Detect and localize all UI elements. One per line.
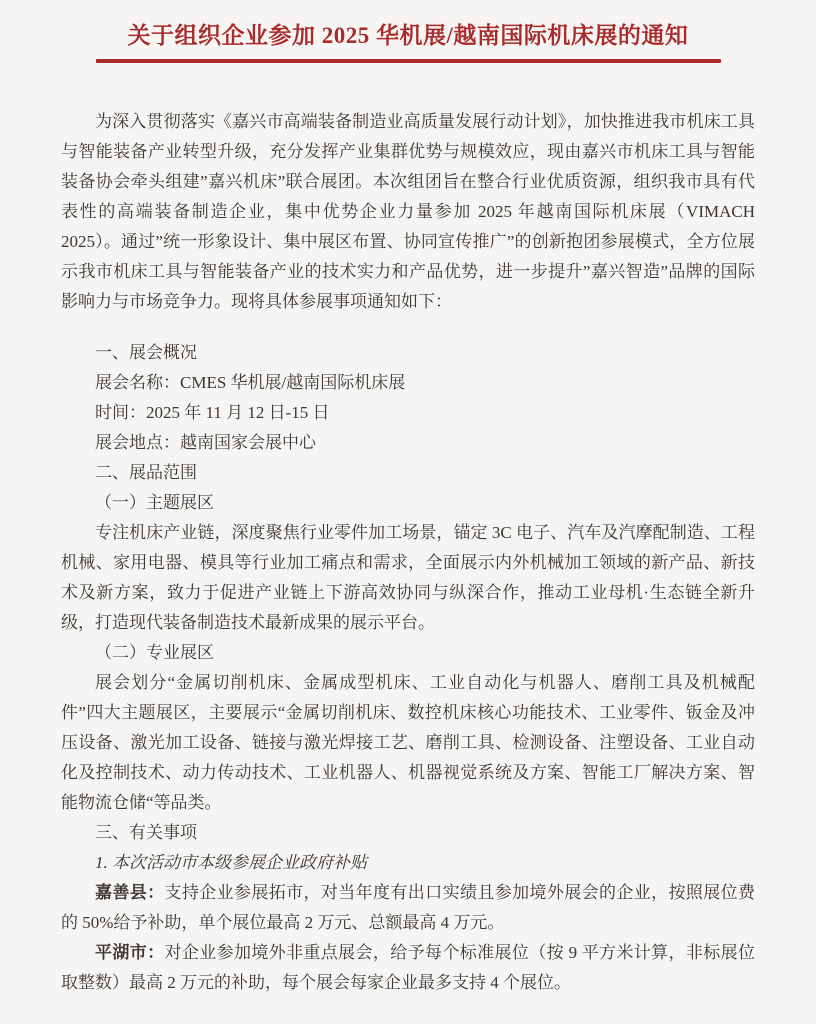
para-intro: 为深入贯彻落实《嘉兴市高端装备制造业高质量发展行动计划》，加快推进我市机床工具与… bbox=[61, 107, 755, 317]
subheading-pro-zone: （二）专业展区 bbox=[61, 638, 755, 668]
para-jiashan: 嘉善县：支持企业参展拓市，对当年度有出口实绩且参加境外展会的企业，按照展位费的 … bbox=[61, 878, 755, 938]
document-page: 关于组织企业参加 2025 华机展/越南国际机床展的通知 为深入贯彻落实《嘉兴市… bbox=[0, 0, 816, 1024]
notice-body: 为深入贯彻落实《嘉兴市高端装备制造业高质量发展行动计划》，加快推进我市机床工具与… bbox=[61, 107, 755, 998]
subheading-subsidy: 1. 本次活动市本级参展企业政府补贴 bbox=[61, 848, 755, 878]
para-pinghu: 平湖市：对企业参加境外非重点展会，给予每个标准展位（按 9 平方米计算，非标展位… bbox=[61, 938, 755, 998]
subheading-theme-zone: （一）主题展区 bbox=[61, 488, 755, 518]
pinghu-label: 平湖市： bbox=[95, 943, 164, 962]
para-pro-zone: 展会划分“金属切削机床、金属成型机床、工业自动化与机器人、磨削工具及机械配件”四… bbox=[61, 668, 755, 818]
notice-title: 关于组织企业参加 2025 华机展/越南国际机床展的通知 bbox=[61, 18, 755, 54]
jiashan-text: 支持企业参展拓市，对当年度有出口实绩且参加境外展会的企业，按照展位费的 50%给… bbox=[61, 883, 755, 932]
line-expo-name: 展会名称：CMES 华机展/越南国际机床展 bbox=[61, 368, 755, 398]
pinghu-text: 对企业参加境外非重点展会，给予每个标准展位（按 9 平方米计算，非标展位取整数）… bbox=[61, 943, 755, 992]
jiashan-label: 嘉善县： bbox=[95, 883, 165, 902]
line-expo-time: 时间：2025 年 11 月 12 日-15 日 bbox=[61, 398, 755, 428]
line-expo-venue: 展会地点：越南国家会展中心 bbox=[61, 428, 755, 458]
heading-section-1: 一、展会概况 bbox=[61, 338, 755, 368]
heading-section-2: 二、展品范围 bbox=[61, 458, 755, 488]
heading-section-3: 三、有关事项 bbox=[61, 818, 755, 848]
para-theme-zone: 专注机床产业链，深度聚焦行业零件加工场景，锚定 3C 电子、汽车及汽摩配制造、工… bbox=[61, 518, 755, 638]
title-underline bbox=[96, 59, 721, 63]
